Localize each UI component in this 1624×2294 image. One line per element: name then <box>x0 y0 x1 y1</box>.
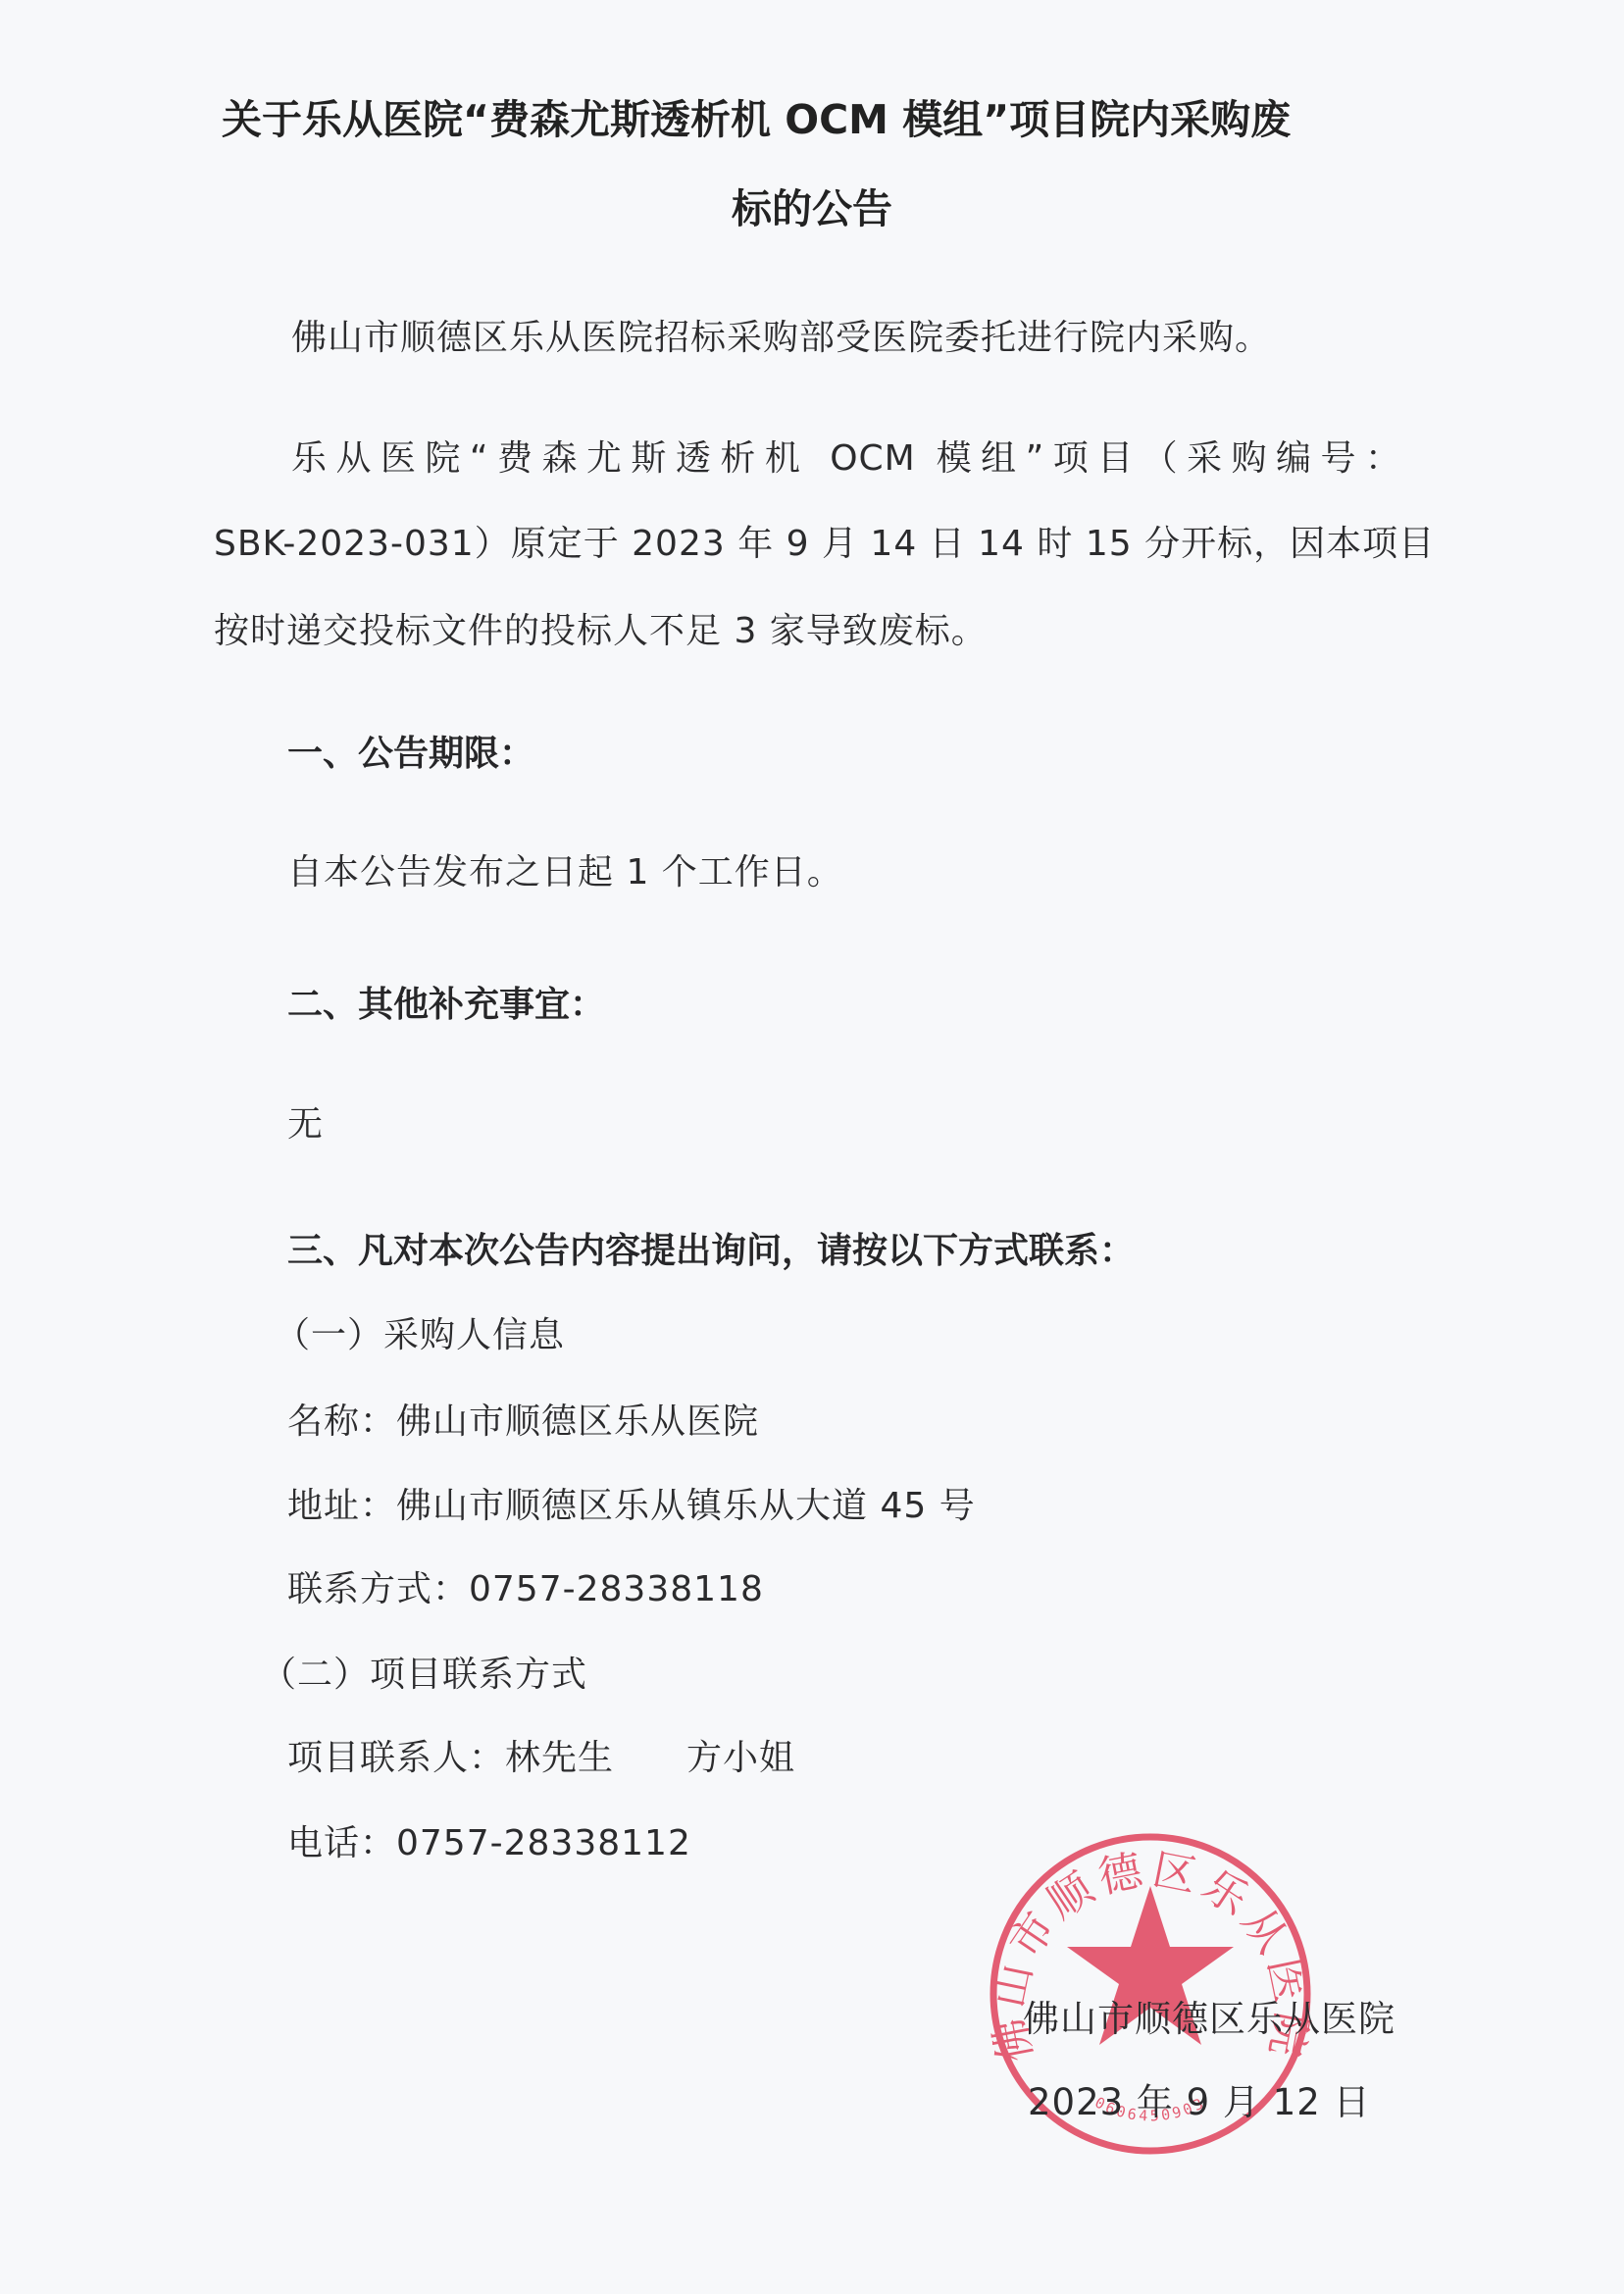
document-title-line-1: 关于乐从医院“费森尤斯透析机 OCM 模组”项目院内采购废 <box>222 100 1291 140</box>
body-paragraph-line-3: 按时递交投标文件的投标人不足 3 家导致废标。 <box>214 614 988 649</box>
signature-date: 2023 年 9 月 12 日 <box>1028 2084 1371 2120</box>
section-heading-other-matters: 二、其他补充事宜： <box>287 988 605 1023</box>
project-contact-persons: 项目联系人：林先生 方小姐 <box>287 1741 795 1776</box>
section-content-notice-period: 自本公告发布之日起 1 个工作日。 <box>287 855 843 891</box>
section-content-other-matters: 无 <box>287 1107 324 1143</box>
purchaser-name: 名称：佛山市顺德区乐从医院 <box>287 1404 759 1440</box>
purchaser-address: 地址：佛山市顺德区乐从镇乐从大道 45 号 <box>287 1489 976 1524</box>
document-title-line-2: 标的公告 <box>0 189 1624 229</box>
signature-organization: 佛山市顺德区乐从医院 <box>1023 2001 1396 2037</box>
section-heading-inquiries: 三、凡对本次公告内容提出询问，请按以下方式联系： <box>287 1234 1135 1269</box>
intro-paragraph: 佛山市顺德区乐从医院招标采购部受医院委托进行院内采购。 <box>291 321 1271 356</box>
section-heading-notice-period: 一、公告期限： <box>287 737 534 772</box>
project-contact-phone: 电话：0757-28338112 <box>287 1826 691 1861</box>
project-contact-heading: （二）项目联系方式 <box>261 1657 587 1693</box>
body-paragraph-line-2: SBK-2023-031）原定于 2023 年 9 月 14 日 14 时 15… <box>214 527 1401 562</box>
body-paragraph-line-1: 乐从医院“费森尤斯透析机 OCM 模组”项目（采购编号： <box>291 441 1401 477</box>
purchaser-info-heading: （一）采购人信息 <box>275 1318 565 1353</box>
purchaser-contact-phone: 联系方式：0757-28338118 <box>287 1572 764 1607</box>
